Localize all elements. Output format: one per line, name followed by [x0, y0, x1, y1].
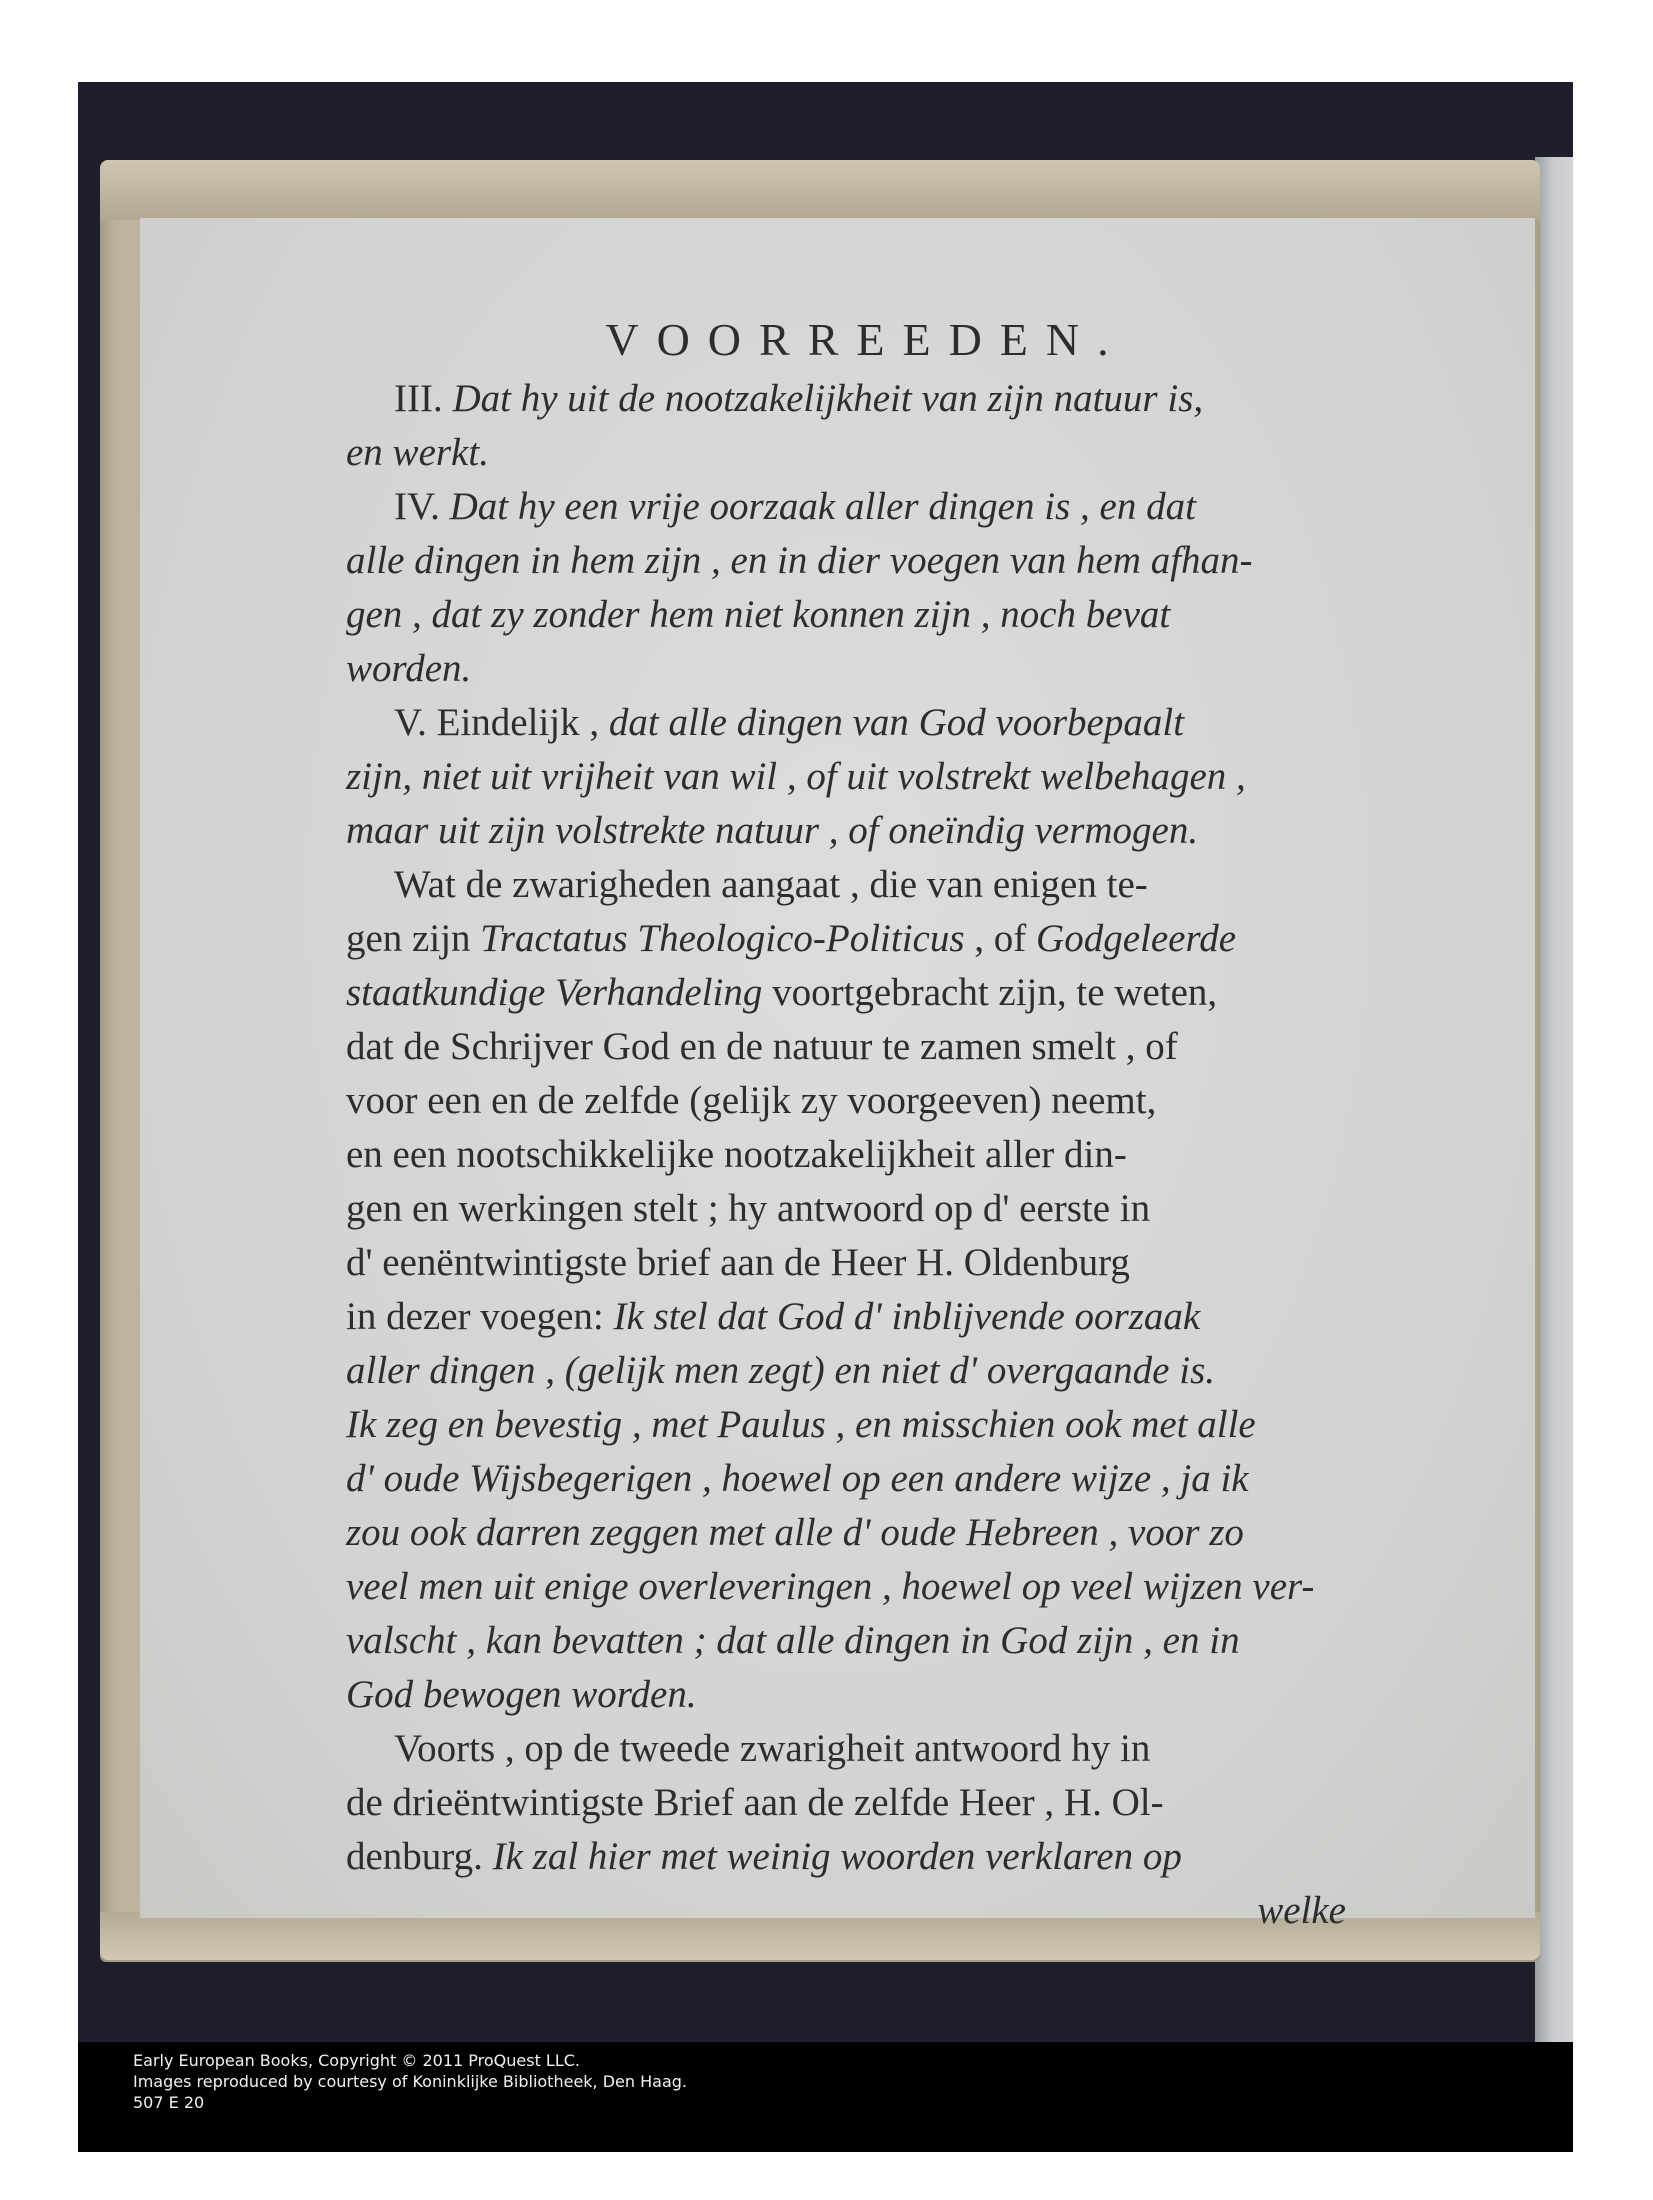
footer-line-courtesy: Images reproduced by courtesy of Koninkl… [133, 2071, 687, 2092]
text-lines: III. Dat hy uit de nootzakelijkheit van … [346, 372, 1346, 1884]
italic-segment: dat alle dingen van God voorbepaalt [609, 701, 1184, 744]
roman-segment: voortgebracht zijn, te weten, [762, 971, 1217, 1014]
text-line: V. Eindelijk , dat alle dingen van God v… [346, 696, 1346, 750]
text-line: maar uit zijn volstrekte natuur , of one… [346, 804, 1346, 858]
book-page: VOORREEDEN. III. Dat hy uit de nootzakel… [140, 218, 1535, 1918]
italic-segment: God bewogen worden. [346, 1673, 697, 1716]
next-page-edge [1535, 157, 1573, 2042]
italic-segment: Dat hy een vrije oorzaak aller dingen is… [450, 485, 1196, 528]
text-line: valscht , kan bevatten ; dat alle dingen… [346, 1614, 1346, 1668]
footer-line-copyright: Early European Books, Copyright © 2011 P… [133, 2050, 687, 2071]
text-line: Ik zeg en bevestig , met Paulus , en mis… [346, 1398, 1346, 1452]
italic-segment: en werkt. [346, 431, 489, 474]
scan-image: VOORREEDEN. III. Dat hy uit de nootzakel… [78, 82, 1573, 2042]
italic-segment: zijn, niet uit vrijheit van wil , of uit… [346, 755, 1246, 798]
italic-segment: aller dingen , (gelijk men zegt) en niet… [346, 1349, 1215, 1392]
text-line: God bewogen worden. [346, 1668, 1346, 1722]
roman-segment: denburg. [346, 1835, 493, 1878]
roman-segment: voor een en de zelfde (gelijk zy voorgee… [346, 1079, 1156, 1122]
italic-segment: d' oude Wijsbegerigen , hoewel op een an… [346, 1457, 1249, 1500]
text-line: gen en werkingen stelt ; hy antwoord op … [346, 1182, 1346, 1236]
italic-segment: maar uit zijn volstrekte natuur , of one… [346, 809, 1198, 852]
italic-segment: Dat hy uit de nootzakelijkheit van zijn … [452, 377, 1203, 420]
italic-segment: Godgeleerde [1036, 917, 1236, 960]
roman-segment: in dezer voegen: [346, 1295, 613, 1338]
roman-segment: , of [965, 917, 1037, 960]
text-line: de drieëntwintigste Brief aan de zelfde … [346, 1776, 1346, 1830]
text-line: Voorts , op de tweede zwarigheit antwoor… [346, 1722, 1346, 1776]
text-line: IV. Dat hy een vrije oorzaak aller dinge… [346, 480, 1346, 534]
text-line: in dezer voegen: Ik stel dat God d' inbl… [346, 1290, 1346, 1344]
text-line: veel men uit enige overleveringen , hoew… [346, 1560, 1346, 1614]
text-line: zou ook darren zeggen met alle d' oude H… [346, 1506, 1346, 1560]
text-line: voor een en de zelfde (gelijk zy voorgee… [346, 1074, 1346, 1128]
italic-segment: worden. [346, 647, 471, 690]
roman-segment: III. [394, 377, 452, 420]
roman-segment: gen en werkingen stelt ; hy antwoord op … [346, 1187, 1150, 1230]
text-line: zijn, niet uit vrijheit van wil , of uit… [346, 750, 1346, 804]
italic-segment: staatkundige Verhandeling [346, 971, 762, 1014]
roman-segment: IV. [394, 485, 450, 528]
text-line: alle dingen in hem zijn , en in dier voe… [346, 534, 1346, 588]
italic-segment: veel men uit enige overleveringen , hoew… [346, 1565, 1314, 1608]
italic-segment: gen , dat zy zonder hem niet konnen zijn… [346, 593, 1170, 636]
text-line: worden. [346, 642, 1346, 696]
roman-segment: V. Eindelijk , [394, 701, 609, 744]
text-line: III. Dat hy uit de nootzakelijkheit van … [346, 372, 1346, 426]
text-line: dat de Schrijver God en de natuur te zam… [346, 1020, 1346, 1074]
italic-segment: valscht , kan bevatten ; dat alle dingen… [346, 1619, 1240, 1662]
text-line: denburg. Ik zal hier met weinig woorden … [346, 1830, 1346, 1884]
italic-segment: Ik zeg en bevestig , met Paulus , en mis… [346, 1403, 1256, 1446]
italic-segment: Ik zal hier met weinig woorden verklaren… [493, 1835, 1182, 1878]
book-board-top-edge [100, 160, 1540, 220]
italic-segment: zou ook darren zeggen met alle d' oude H… [346, 1511, 1244, 1554]
roman-segment: gen zijn [346, 917, 480, 960]
page-text: VOORREEDEN. III. Dat hy uit de nootzakel… [346, 313, 1346, 1938]
text-line: gen , dat zy zonder hem niet konnen zijn… [346, 588, 1346, 642]
text-line: d' oude Wijsbegerigen , hoewel op een an… [346, 1452, 1346, 1506]
catchword: welke [346, 1884, 1346, 1938]
roman-segment: dat de Schrijver God en de natuur te zam… [346, 1025, 1178, 1068]
roman-segment: en een nootschikkelijke nootzakelijkheit… [346, 1133, 1127, 1176]
copyright-footer: Early European Books, Copyright © 2011 P… [78, 2042, 1573, 2152]
italic-segment: alle dingen in hem zijn , en in dier voe… [346, 539, 1253, 582]
text-line: aller dingen , (gelijk men zegt) en niet… [346, 1344, 1346, 1398]
text-line: gen zijn Tractatus Theologico-Politicus … [346, 912, 1346, 966]
footer-line-shelfmark: 507 E 20 [133, 2092, 687, 2113]
text-line: en werkt. [346, 426, 1346, 480]
roman-segment: Voorts , op de tweede zwarigheit antwoor… [394, 1727, 1150, 1770]
text-line: d' eenëntwintigste brief aan de Heer H. … [346, 1236, 1346, 1290]
running-head: VOORREEDEN. [346, 313, 1346, 366]
italic-segment: Tractatus Theologico-Politicus [480, 917, 964, 960]
text-line: en een nootschikkelijke nootzakelijkheit… [346, 1128, 1346, 1182]
roman-segment: de drieëntwintigste Brief aan de zelfde … [346, 1781, 1164, 1824]
text-line: Wat de zwarigheden aangaat , die van eni… [346, 858, 1346, 912]
roman-segment: d' eenëntwintigste brief aan de Heer H. … [346, 1241, 1130, 1284]
footer-text: Early European Books, Copyright © 2011 P… [133, 2050, 687, 2113]
roman-segment: Wat de zwarigheden aangaat , die van eni… [394, 863, 1148, 906]
text-line: staatkundige Verhandeling voortgebracht … [346, 966, 1346, 1020]
italic-segment: Ik stel dat God d' inblijvende oorzaak [613, 1295, 1200, 1338]
